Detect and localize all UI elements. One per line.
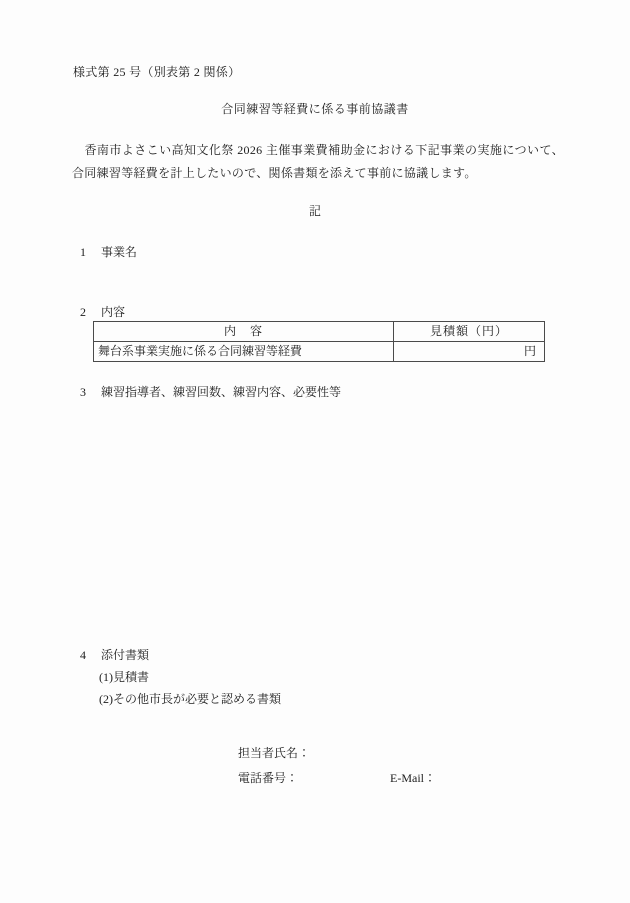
- table-cell-estimate: 円: [394, 342, 545, 362]
- cost-table-header-row: 内 容 見積額（円）: [94, 322, 545, 342]
- document-page: 様式第 25 号（別表第 2 関係） 合同練習等経費に係る事前協議書 香南市よさ…: [0, 0, 630, 903]
- section-attachments: 4添付書類: [80, 648, 149, 662]
- cost-table-data-row: 舞台系事業実施に係る合同練習等経費 円: [94, 342, 545, 362]
- section-contents: 2内容: [80, 305, 125, 319]
- cost-table: 内 容 見積額（円） 舞台系事業実施に係る合同練習等経費 円: [93, 321, 545, 362]
- contact-person-label: 担当者氏名：: [238, 746, 310, 760]
- table-header-estimate: 見積額（円）: [394, 322, 545, 342]
- contact-email-label: E-Mail：: [390, 771, 436, 785]
- document-title: 合同練習等経費に係る事前協議書: [0, 102, 630, 116]
- attachment-item-other-documents: (2)その他市長が必要と認める書類: [99, 692, 281, 706]
- contact-phone-label: 電話番号：: [238, 771, 298, 785]
- table-cell-content: 舞台系事業実施に係る合同練習等経費: [94, 342, 394, 362]
- record-marker: 記: [0, 204, 630, 218]
- section-label: 練習指導者、練習回数、練習内容、必要性等: [101, 385, 341, 399]
- section-label: 内容: [101, 305, 125, 319]
- section-project-name: 1事業名: [80, 245, 137, 259]
- section-number: 3: [80, 385, 101, 399]
- section-number: 4: [80, 648, 101, 662]
- section-label: 事業名: [101, 245, 137, 259]
- section-number: 2: [80, 305, 101, 319]
- section-number: 1: [80, 245, 101, 259]
- intro-paragraph: 香南市よさこい高知文化祭 2026 主催事業費補助金における下記事業の実施につい…: [72, 139, 564, 184]
- section-practice-details: 3練習指導者、練習回数、練習内容、必要性等: [80, 385, 341, 399]
- section-label: 添付書類: [101, 648, 149, 662]
- table-header-content: 内 容: [94, 322, 394, 342]
- form-number: 様式第 25 号（別表第 2 関係）: [73, 65, 240, 79]
- attachment-item-estimate-sheet: (1)見積書: [99, 670, 149, 684]
